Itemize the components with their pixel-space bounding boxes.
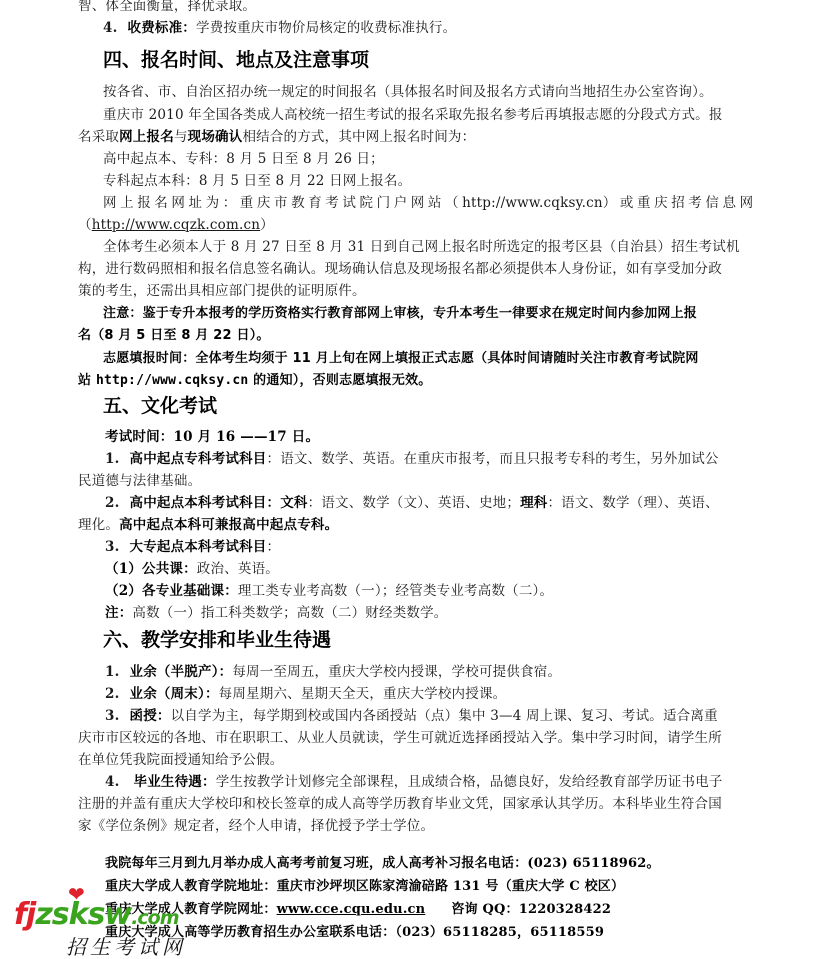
text: 全体考生必须本人于 8 月 27 日至 8 月 31 日到自己网上报名时所选定的… bbox=[103, 239, 740, 255]
note-text: 高数（一）指工科类数学；高数（二）财经类数学。 bbox=[132, 605, 447, 621]
cqksy-link[interactable]: http://www.cqksy.cn bbox=[96, 373, 249, 388]
text: 志愿填报时间：全体考生均须于 11 月上旬在网上填报正式志愿（具体时间请随时关注… bbox=[103, 351, 699, 366]
text: 智、体全面衡量，择优录取。 bbox=[78, 0, 256, 14]
contact-cram-class: 我院每年三月到九月举办成人高考考前复习班，成人高考补习报名电话：(023) 65… bbox=[105, 853, 660, 875]
item-label: （1）公共课： bbox=[105, 561, 197, 577]
contact-address: 重庆大学成人教育学院地址：重庆市沙坪坝区陈家湾渝碚路 131 号（重庆大学 C … bbox=[105, 876, 624, 898]
item-label: 高中起点专科考试科目 bbox=[130, 451, 267, 467]
text: 在单位凭我院面授通知给予公假。 bbox=[78, 752, 284, 768]
item-label: 业余（周末）： bbox=[130, 686, 219, 702]
document-page: 智、体全面衡量，择优录取。 4.收费标准：学费按重庆市物价局核定的收费标准执行。… bbox=[0, 0, 814, 959]
cce-website-link[interactable]: www.cce.cqu.edu.cn bbox=[277, 902, 426, 917]
fee-standard-line: 4.收费标准：学费按重庆市物价局核定的收费标准执行。 bbox=[103, 17, 456, 39]
cqksy-link[interactable]: http://www.cqksy.cn bbox=[462, 195, 603, 211]
item-label: 业余（半脱产）： bbox=[130, 664, 233, 680]
heart-icon: ❤ bbox=[68, 885, 86, 903]
paragraph: 策的考生，还需出具相应部门提供的证明原件。 bbox=[78, 280, 366, 302]
paragraph: 按各省、市、自治区招办统一规定的时间报名（具体报名时间及报名方式请向当地招生办公… bbox=[103, 81, 713, 103]
list-item-continued: 家《学位条例》规定者，经个人申请，择优授予学士学位。 bbox=[78, 815, 434, 837]
notice-paragraph: 注意：鉴于专升本报考的学历资格实行教育部网上审核，专升本考生一律要求在规定时间内… bbox=[103, 303, 697, 325]
item-label: 大专起点本科考试科目 bbox=[130, 539, 267, 555]
item-text: 理工类专业考高数（一）；经管类专业考高数（二）。 bbox=[238, 583, 553, 599]
list-item: 3.大专起点本科考试科目： bbox=[105, 536, 280, 558]
exam-time: 考试时间：10 月 16 ——17 日。 bbox=[105, 426, 319, 448]
text: 重庆大学成人高等学历教育招生办公室联系电话：（023）65118285，6511… bbox=[105, 925, 604, 940]
list-item: 2.高中起点本科考试科目：文科：语文、数学（文）、英语、史地；理科：语文、数学（… bbox=[105, 492, 719, 514]
emphasis-online-registration: 网上报名 bbox=[119, 129, 174, 145]
item-number: 2. bbox=[105, 495, 120, 511]
text: 高中起点本、专科：8 月 5 日至 8 月 26 日； bbox=[103, 151, 384, 167]
item-number: 4. bbox=[103, 20, 118, 36]
arts-label: 文科 bbox=[280, 495, 307, 511]
brand-text: fj bbox=[14, 897, 35, 932]
text: ： bbox=[267, 539, 281, 555]
paragraph: 名采取网上报名与现场确认相结合的方式，其中网上报名时间为： bbox=[78, 126, 475, 148]
list-item: 1.业余（半脱产）：每周一至周五，重庆大学校内授课，学校可提供食宿。 bbox=[105, 661, 561, 683]
list-item-continued: 民道德与法律基础。 bbox=[78, 470, 201, 492]
paragraph: 构，进行数码照相和报名信息签名确认。现场确认信息及现场报名都必须提供本人身份证，… bbox=[78, 258, 722, 280]
list-item-continued: 庆市市区较远的各地、市在职职工、从业人员就读，学生可就近选择函授站入学。集中学习… bbox=[78, 727, 722, 749]
paragraph: 高中起点本、专科：8 月 5 日至 8 月 26 日； bbox=[103, 148, 384, 170]
item-text: ：语文、数学（文）、英语、史地； bbox=[308, 495, 520, 511]
emphasis-onsite-confirmation: 现场确认 bbox=[188, 129, 243, 145]
paragraph: 专科起点本科：8 月 5 日至 8 月 22 日网上报名。 bbox=[103, 170, 411, 192]
text: 家《学位条例》规定者，经个人申请，择优授予学士学位。 bbox=[78, 818, 434, 834]
contact-phone: 重庆大学成人高等学历教育招生办公室联系电话：（023）65118285，6511… bbox=[105, 922, 604, 944]
text: 构，进行数码照相和报名信息签名确认。现场确认信息及现场报名都必须提供本人身份证，… bbox=[78, 261, 722, 277]
item-number: 2. bbox=[105, 686, 120, 702]
wish-filing-paragraph: 志愿填报时间：全体考生均须于 11 月上旬在网上填报正式志愿（具体时间请随时关注… bbox=[103, 348, 699, 370]
item-text: ：语文、数学、英语。在重庆市报考，而且只报考专科的考生，另外加试公 bbox=[267, 451, 719, 467]
list-item: 3.函授：以自学为主，每学期到校或国内各函授站（点）集中 3—4 周上课、复习、… bbox=[105, 705, 718, 727]
item-label: （2）各专业基础课： bbox=[105, 583, 238, 599]
notice-paragraph: 名（8 月 5 日至 8 月 22 日）。 bbox=[78, 325, 270, 347]
text: 相结合的方式，其中网上报名时间为： bbox=[242, 129, 475, 145]
text: 注意：鉴于专升本报考的学历资格实行教育部网上审核，专升本考生一律要求在规定时间内… bbox=[103, 306, 697, 321]
item-number: 3. bbox=[105, 539, 120, 555]
list-item: 2.业余（周末）：每周星期六、星期天全天，重庆大学校内授课。 bbox=[105, 683, 506, 705]
paragraph: 网上报名网址为：重庆市教育考试院门户网站（http://www.cqksy.cn… bbox=[103, 192, 757, 214]
text: 的通知），否则志愿填报无效。 bbox=[248, 373, 431, 388]
text: （ bbox=[78, 217, 92, 233]
section-4-heading: 四、报名时间、地点及注意事项 bbox=[103, 46, 369, 74]
note-line: 注：高数（一）指工科类数学；高数（二）财经类数学。 bbox=[105, 602, 448, 624]
emphasis: 高中起点本科可兼报高中起点专科。 bbox=[119, 517, 338, 533]
text: ） bbox=[260, 217, 274, 233]
wish-filing-paragraph: 站 http://www.cqksy.cn 的通知），否则志愿填报无效。 bbox=[78, 370, 431, 392]
item-text: 学生按教学计划修完全部课程，且成绩合格，品德良好，发给经教育部学历证书电子 bbox=[216, 774, 723, 790]
item-number: 4. bbox=[105, 774, 120, 790]
text: 考试时间：10 月 16 ——17 日。 bbox=[105, 429, 319, 445]
text: 注册的并盖有重庆大学校印和校长签章的成人高等学历教育毕业文凭，国家承认其学历。本… bbox=[78, 796, 722, 812]
text: 重庆大学成人教育学院地址：重庆市沙坪坝区陈家湾渝碚路 131 号（重庆大学 C … bbox=[105, 879, 624, 894]
science-label: 理科 bbox=[520, 495, 547, 511]
section-6-heading: 六、教学安排和毕业生待遇 bbox=[103, 626, 331, 654]
list-item: 1.高中起点专科考试科目：语文、数学、英语。在重庆市报考，而且只报考专科的考生，… bbox=[105, 448, 719, 470]
item-text: 政治、英语。 bbox=[197, 561, 279, 577]
item-label: 函授： bbox=[130, 708, 171, 724]
list-item: 4.毕业生待遇：学生按教学计划修完全部课程，且成绩合格，品德良好，发给经教育部学… bbox=[105, 771, 723, 793]
sub-item: （2）各专业基础课：理工类专业考高数（一）；经管类专业考高数（二）。 bbox=[105, 580, 553, 602]
text: 重庆大学成人教育学院网址： bbox=[105, 902, 277, 917]
qq-contact: 咨询 QQ：1220328422 bbox=[451, 902, 611, 917]
text: 与 bbox=[174, 129, 188, 145]
contact-website: 重庆大学成人教育学院网址：www.cce.cqu.edu.cn咨询 QQ：122… bbox=[105, 899, 611, 921]
list-item-continued: 在单位凭我院面授通知给予公假。 bbox=[78, 749, 284, 771]
section-5-heading: 五、文化考试 bbox=[103, 392, 217, 420]
text: 名（8 月 5 日至 8 月 22 日）。 bbox=[78, 328, 270, 343]
list-item-continued: 理化。高中起点本科可兼报高中起点专科。 bbox=[78, 514, 338, 536]
item-text: 每周一至周五，重庆大学校内授课，学校可提供食宿。 bbox=[232, 664, 561, 680]
cqzk-link[interactable]: http://www.cqzk.com.cn bbox=[92, 217, 260, 233]
text: 理化。 bbox=[78, 517, 119, 533]
text-line: 智、体全面衡量，择优录取。 bbox=[78, 0, 256, 17]
paragraph: 重庆市 2010 年全国各类成人高校统一招生考试的报名采取先报名参考后再填报志愿… bbox=[103, 104, 723, 126]
item-label: 高中起点本科考试科目： bbox=[130, 495, 281, 511]
text: 站 bbox=[78, 373, 96, 388]
paragraph: （http://www.cqzk.com.cn） bbox=[78, 214, 274, 236]
item-label: 毕业生待遇： bbox=[134, 774, 216, 790]
text: 我院每年三月到九月举办成人高考考前复习班，成人高考补习报名电话：(023) 65… bbox=[105, 856, 660, 871]
item-text: 以自学为主，每学期到校或国内各函授站（点）集中 3—4 周上课、复习、考试。适合… bbox=[171, 708, 718, 724]
text: ）或重庆招考信息网 bbox=[603, 195, 757, 211]
text: 专科起点本科：8 月 5 日至 8 月 22 日网上报名。 bbox=[103, 173, 411, 189]
item-number: 3. bbox=[105, 708, 120, 724]
sub-item: （1）公共课：政治、英语。 bbox=[105, 558, 279, 580]
text: 策的考生，还需出具相应部门提供的证明原件。 bbox=[78, 283, 366, 299]
item-text: ：语文、数学（理）、英语、 bbox=[547, 495, 718, 511]
text: 庆市市区较远的各地、市在职职工、从业人员就读，学生可就近选择函授站入学。集中学习… bbox=[78, 730, 722, 746]
item-number: 1. bbox=[105, 664, 120, 680]
item-number: 1. bbox=[105, 451, 120, 467]
text: 民道德与法律基础。 bbox=[78, 473, 201, 489]
text: 按各省、市、自治区招办统一规定的时间报名（具体报名时间及报名方式请向当地招生办公… bbox=[103, 84, 713, 100]
text: 网上报名网址为：重庆市教育考试院门户网站（ bbox=[103, 195, 462, 211]
item-text: 每周星期六、星期天全天，重庆大学校内授课。 bbox=[219, 686, 507, 702]
item-label: 收费标准： bbox=[128, 20, 197, 36]
list-item-continued: 注册的并盖有重庆大学校印和校长签章的成人高等学历教育毕业文凭，国家承认其学历。本… bbox=[78, 793, 722, 815]
note-label: 注： bbox=[105, 605, 132, 621]
text: 名采取 bbox=[78, 129, 119, 145]
text: 重庆市 2010 年全国各类成人高校统一招生考试的报名采取先报名参考后再填报志愿… bbox=[103, 107, 723, 123]
paragraph: 全体考生必须本人于 8 月 27 日至 8 月 31 日到自己网上报名时所选定的… bbox=[103, 236, 740, 258]
item-text: 学费按重庆市物价局核定的收费标准执行。 bbox=[196, 20, 456, 36]
